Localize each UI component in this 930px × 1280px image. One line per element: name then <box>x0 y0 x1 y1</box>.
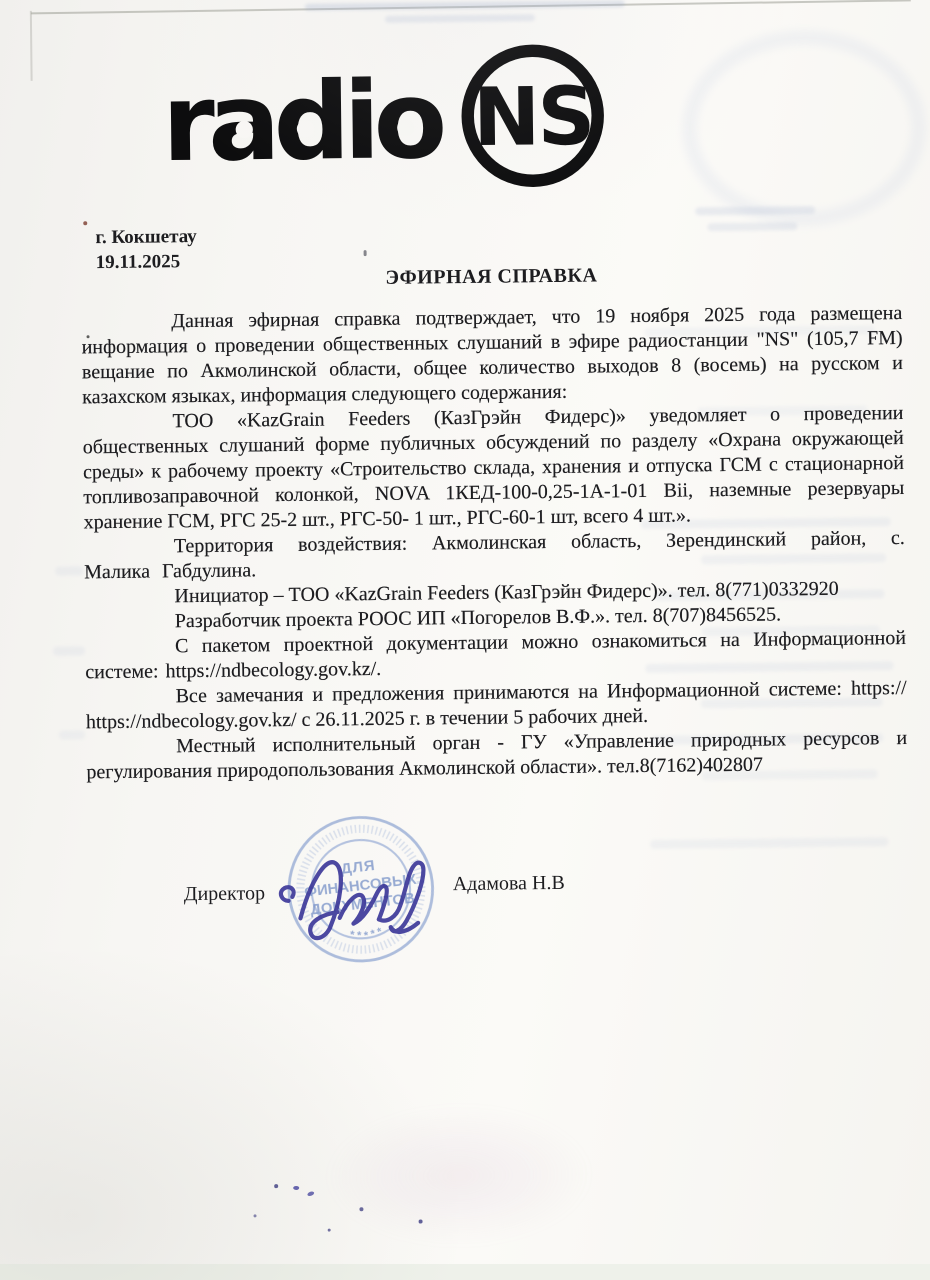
signer-name: Адамова Н.В <box>453 872 565 896</box>
header-block: г. Кокшетау 19.11.2025 <box>95 224 197 275</box>
signature-ink <box>266 834 463 948</box>
paragraph: Местный исполнительный орган - ГУ «Управ… <box>86 726 908 785</box>
ink-speck <box>364 250 367 256</box>
bleed-through-text <box>650 837 888 849</box>
ink-speck <box>254 1214 257 1217</box>
page-content: radio NS г. Кокшетау 19.11.2025 ЭФИРНАЯ … <box>0 0 930 1280</box>
logo-ns-text: NS <box>473 70 593 164</box>
radio-ns-logo: radio NS <box>159 40 677 199</box>
bleed-through-text <box>53 646 85 655</box>
bleed-through-logo-ring <box>681 29 927 228</box>
bleed-through-text <box>385 14 535 23</box>
ink-speck <box>307 1191 315 1197</box>
page-top-edge <box>31 0 911 14</box>
ink-speck <box>83 221 87 225</box>
bleed-through-text <box>55 566 83 575</box>
ink-speck <box>293 1186 299 1190</box>
bleed-through-text <box>59 730 85 739</box>
ink-speck <box>419 1220 423 1224</box>
signature-stroke <box>300 862 342 938</box>
page-left-edge <box>30 11 33 81</box>
scan-smudge <box>273 1076 645 1275</box>
scanner-bed-strip <box>0 1264 930 1280</box>
signature-stroke <box>281 887 294 901</box>
text-column: ЭФИРНАЯ СПРАВКА Данная эфирная справка п… <box>81 261 908 785</box>
document-title: ЭФИРНАЯ СПРАВКА <box>81 261 902 293</box>
ink-speck <box>328 1229 331 1232</box>
ink-speck <box>87 335 90 338</box>
city-line: г. Кокшетау <box>95 224 197 250</box>
scanned-document-page: radio NS г. Кокшетау 19.11.2025 ЭФИРНАЯ … <box>0 0 930 1280</box>
paragraph: ТОО «KazGrain Feeders (КазГрэйн Фидерс)»… <box>82 401 904 535</box>
ink-speck <box>359 1207 363 1211</box>
paragraph: Данная эфирная справка подтверждает, что… <box>81 301 903 410</box>
director-label: Директор <box>184 882 265 906</box>
ink-speck <box>274 1184 278 1188</box>
